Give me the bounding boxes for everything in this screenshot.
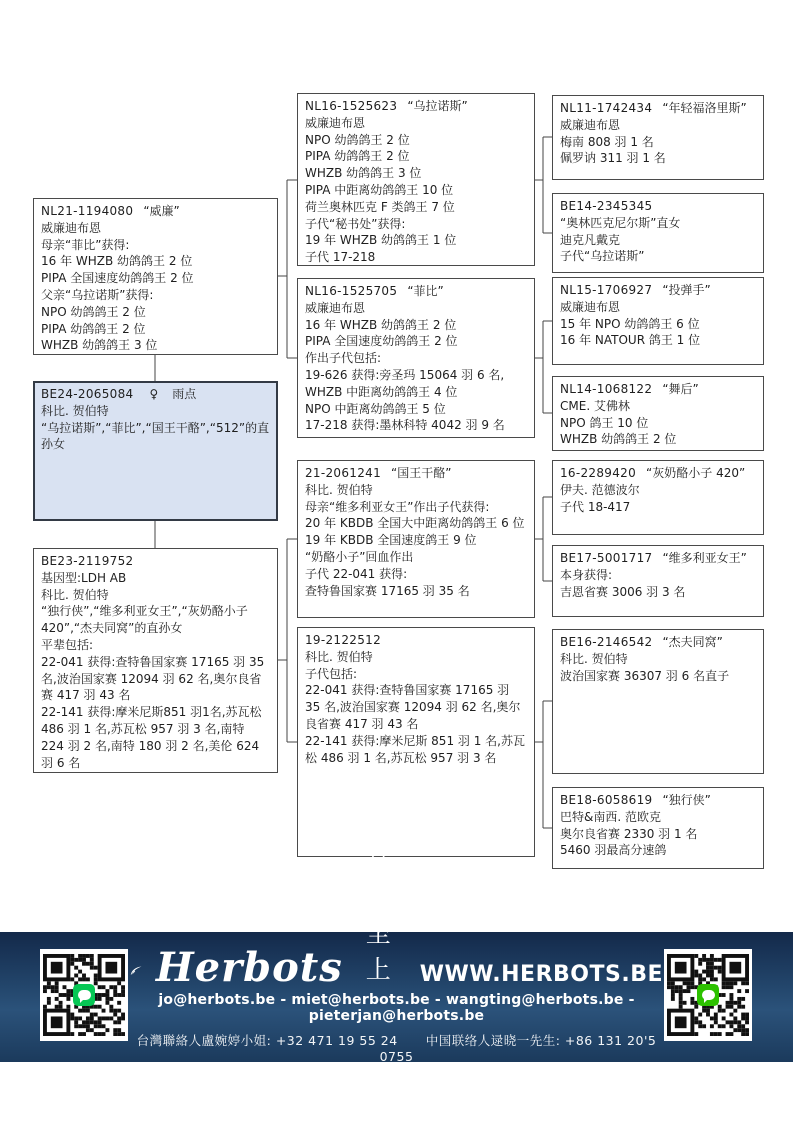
box-title: NL14-1068122“舞后” [560, 381, 756, 398]
ring-number: 16-2289420 [560, 466, 636, 480]
pedigree-box-great-grandparent-4: NL14-1068122“舞后” CME. 艾佛林NPO 鸽王 10 位WHZB… [552, 376, 764, 451]
pedigree-box-grandfather-maternal: 21-2061241“国王干酪” 科比. 贺伯特母亲“维多利亚女王”作出子代获得… [297, 460, 535, 618]
contact-emails: jo@herbots.be - miet@herbots.be - wangti… [130, 992, 663, 1024]
pigeon-name: “威廉” [143, 204, 179, 218]
pigeon-details: 威廉迪布恩NPO 幼鸽鸽王 2 位PIPA 幼鸽鸽王 2 位WHZB 幼鸽鸽王 … [305, 115, 527, 266]
pedigree-box-great-grandparent-1: NL11-1742434“年轻福洛里斯” 威廉迪布恩梅南 808 羽 1 名佩罗… [552, 95, 764, 180]
pigeon-name: “舞后” [662, 382, 698, 396]
box-title: BE24-2065084♀雨点 [41, 386, 270, 403]
pedigree-box-father: NL21-1194080“威廉” 威廉迪布恩母亲“菲比”获得:16 年 WHZB… [33, 198, 278, 355]
feather-icon [130, 958, 142, 984]
pigeon-name: “灰奶酪小子 420” [646, 466, 745, 480]
ring-number: NL11-1742434 [560, 101, 652, 115]
box-title: BE14-2345345 [560, 198, 756, 215]
pigeon-details: 科比. 贺伯特母亲“维多利亚女王”作出子代获得:20 年 KBDB 全国大中距离… [305, 482, 527, 600]
brand-logo-text: Herbots [156, 946, 343, 990]
pigeon-name: “年轻福洛里斯” [662, 101, 746, 115]
ring-number: 19-2122512 [305, 633, 381, 647]
ring-number: NL21-1194080 [41, 204, 133, 218]
ring-number: BE16-2146542 [560, 635, 652, 649]
pigeon-details: CME. 艾佛林NPO 鸽王 10 位WHZB 幼鸽鸽王 2 位 [560, 398, 756, 448]
pigeon-details: 基因型:LDH AB科比. 贺伯特“独行侠”,“维多利亚女王”,“灰奶酪小子 4… [41, 570, 270, 773]
ring-number: BE18-6058619 [560, 793, 652, 807]
pedigree-box-great-grandparent-7: BE16-2146542“杰夫同窝” 科比. 贺伯特波治国家赛 36307 羽 … [552, 629, 764, 774]
pedigree-box-great-grandparent-5: 16-2289420“灰奶酪小子 420” 伊夫. 范德波尔子代 18-417 [552, 460, 764, 535]
pigeon-details: 科比. 贺伯特子代包括:22-041 获得:查特鲁国家赛 17165 羽 35 … [305, 649, 527, 767]
qr-code-wechat [664, 949, 752, 1041]
ring-number: NL16-1525623 [305, 99, 397, 113]
box-title: 21-2061241“国王干酪” [305, 465, 527, 482]
ring-number: NL15-1706927 [560, 283, 652, 297]
ring-number: BE24-2065084 [41, 387, 133, 401]
box-title: BE17-5001717“维多利亚女王” [560, 550, 756, 567]
box-title: BE23-2119752 [41, 553, 270, 570]
pigeon-name: “维多利亚女王” [662, 551, 746, 565]
pigeon-name: “菲比” [407, 284, 443, 298]
box-title: NL21-1194080“威廉” [41, 203, 270, 220]
contact-phones: 台灣聯絡人盧婉婷小姐: +32 471 19 55 24中国联络人逯晓一先生: … [130, 1031, 663, 1064]
pedigree-box-great-grandparent-2: BE14-2345345 “奥林匹克尼尔斯”直女迪克凡戴克子代“乌拉诺斯” [552, 193, 764, 273]
pedigree-page: NL21-1194080“威廉” 威廉迪布恩母亲“菲比”获得:16 年 WHZB… [0, 0, 793, 1122]
pedigree-box-great-grandparent-6: BE17-5001717“维多利亚女王” 本身获得:吉恩省赛 3006 羽 3 … [552, 545, 764, 617]
pedigree-box-grandmother-maternal: 19-2122512 科比. 贺伯特子代包括:22-041 获得:查特鲁国家赛 … [297, 627, 535, 857]
line-app-icon [73, 984, 95, 1006]
pedigree-box-great-grandparent-8: BE18-6058619“独行侠” 巴特&南西. 范欧克奥尔良省赛 2330 羽… [552, 787, 764, 869]
footer-slogan: 贺伯特家族...秉持品质第一与诚实可靠，力求提供完美的服务！ [130, 1069, 663, 1119]
pigeon-details: 威廉迪布恩16 年 WHZB 幼鸽鸽王 2 位PIPA 全国速度幼鸽鸽王 2 位… [305, 300, 527, 434]
female-sex-symbol: ♀ [149, 387, 158, 401]
ring-number: BE14-2345345 [560, 199, 652, 213]
website-url: WWW.HERBOTS.BE [420, 962, 663, 987]
pigeon-name: 雨点 [172, 387, 196, 401]
pigeon-name: “乌拉诺斯” [407, 99, 467, 113]
pedigree-box-grandmother-paternal: NL16-1525705“菲比” 威廉迪布恩16 年 WHZB 幼鸽鸽王 2 位… [297, 278, 535, 438]
brand-row: Herbots 品质至上 WWW.HERBOTS.BE [130, 938, 663, 990]
pigeon-details: 威廉迪布恩15 年 NPO 幼鸽鸽王 6 位16 年 NATOUR 鸽王 1 位 [560, 299, 756, 349]
ring-number: BE23-2119752 [41, 554, 133, 568]
footer-banner: Herbots 品质至上 WWW.HERBOTS.BE jo@herbots.b… [0, 932, 793, 1062]
pigeon-details: 科比. 贺伯特“乌拉诺斯”,“菲比”,“国王干酪”,“512”的直孙女 [41, 403, 270, 453]
pigeon-details: 科比. 贺伯特波治国家赛 36307 羽 6 名直子 [560, 651, 756, 685]
qr-code-line [40, 949, 128, 1041]
pigeon-details: 伊夫. 范德波尔子代 18-417 [560, 482, 756, 516]
pedigree-box-mother: BE23-2119752 基因型:LDH AB科比. 贺伯特“独行侠”,“维多利… [33, 548, 278, 773]
taiwan-contact: 台灣聯絡人盧婉婷小姐: +32 471 19 55 24 [137, 1033, 398, 1048]
box-title: NL11-1742434“年轻福洛里斯” [560, 100, 756, 117]
ring-number: 21-2061241 [305, 466, 381, 480]
pigeon-details: “奥林匹克尼尔斯”直女迪克凡戴克子代“乌拉诺斯” [560, 215, 756, 265]
box-title: BE18-6058619“独行侠” [560, 792, 756, 809]
pigeon-details: 本身获得:吉恩省赛 3006 羽 3 名 [560, 567, 756, 601]
pigeon-details: 威廉迪布恩梅南 808 羽 1 名佩罗讷 311 羽 1 名 [560, 117, 756, 167]
pedigree-box-subject: BE24-2065084♀雨点 科比. 贺伯特“乌拉诺斯”,“菲比”,“国王干酪… [33, 381, 278, 521]
pedigree-box-great-grandparent-3: NL15-1706927“投弹手” 威廉迪布恩15 年 NPO 幼鸽鸽王 6 位… [552, 277, 764, 365]
pigeon-name: “杰夫同窝” [662, 635, 722, 649]
pedigree-box-grandfather-paternal: NL16-1525623“乌拉诺斯” 威廉迪布恩NPO 幼鸽鸽王 2 位PIPA… [297, 93, 535, 266]
ring-number: BE17-5001717 [560, 551, 652, 565]
pigeon-name: “独行侠” [662, 793, 710, 807]
wechat-icon [697, 984, 719, 1006]
brand-tagline: 品质至上 [357, 842, 406, 986]
box-title: BE16-2146542“杰夫同窝” [560, 634, 756, 651]
pigeon-name: “国王干酪” [391, 466, 451, 480]
box-title: NL15-1706927“投弹手” [560, 282, 756, 299]
box-title: NL16-1525623“乌拉诺斯” [305, 98, 527, 115]
ring-number: NL16-1525705 [305, 284, 397, 298]
pigeon-name: “投弹手” [662, 283, 710, 297]
box-title: 19-2122512 [305, 632, 527, 649]
pigeon-details: 威廉迪布恩母亲“菲比”获得:16 年 WHZB 幼鸽鸽王 2 位PIPA 全国速… [41, 220, 270, 355]
box-title: 16-2289420“灰奶酪小子 420” [560, 465, 756, 482]
china-contact: 中国联络人逯晓一先生: +86 131 20'5 0755 [380, 1033, 657, 1064]
box-title: NL16-1525705“菲比” [305, 283, 527, 300]
pigeon-details: 巴特&南西. 范欧克奥尔良省赛 2330 羽 1 名5460 羽最高分速鸽 [560, 809, 756, 859]
ring-number: NL14-1068122 [560, 382, 652, 396]
